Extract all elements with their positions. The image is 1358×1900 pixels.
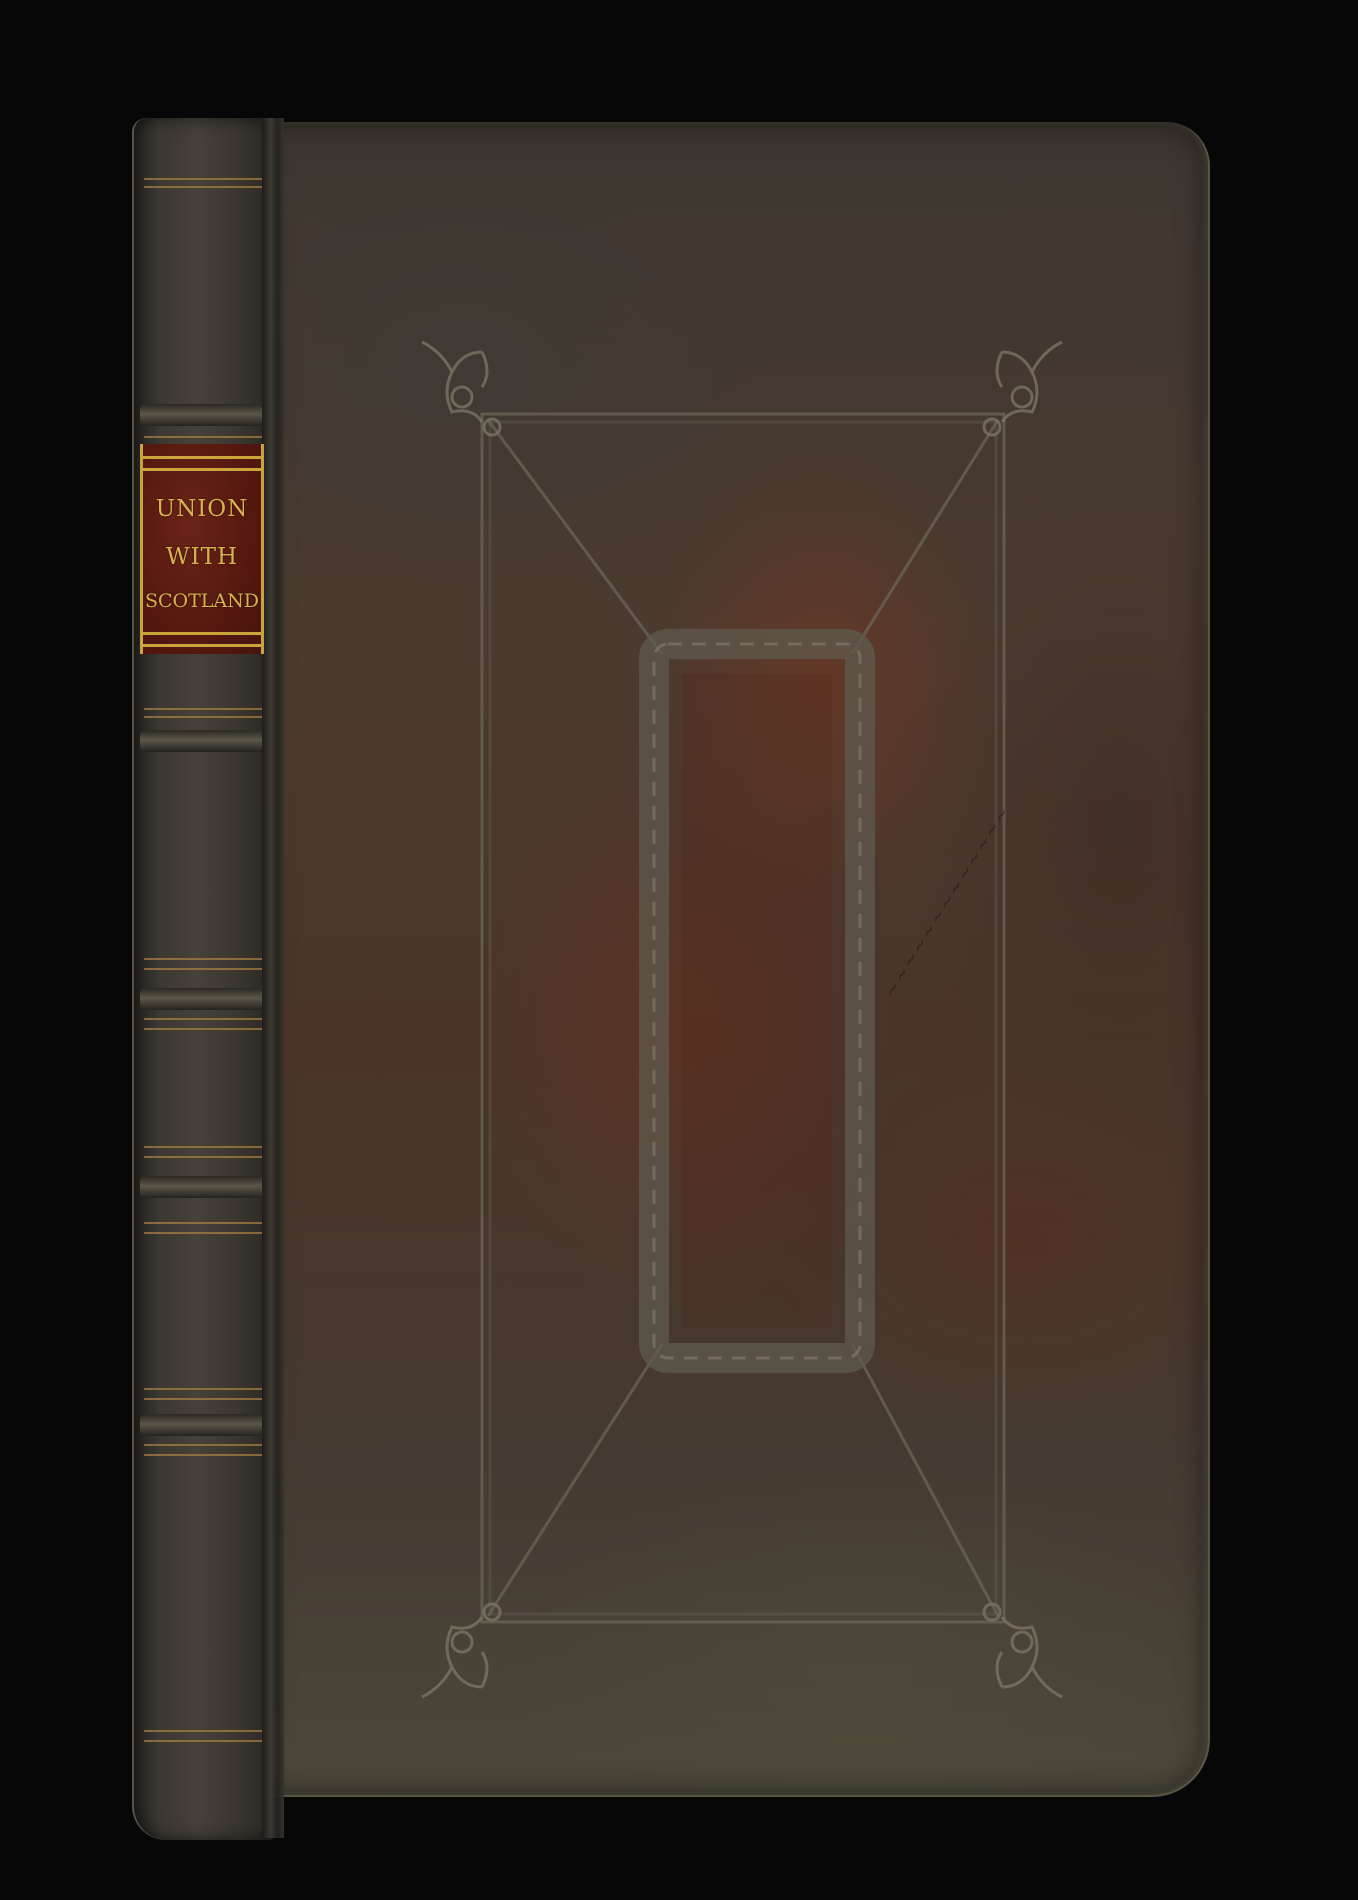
gilt-rule xyxy=(140,632,264,635)
spine-fillet xyxy=(144,1388,264,1390)
spine-fillet xyxy=(144,968,264,970)
spine-fillet xyxy=(144,1740,264,1742)
label-line-1: UNION xyxy=(143,496,261,522)
spine-fillet xyxy=(144,178,264,180)
spine-fillet xyxy=(144,1156,264,1158)
spine-fillet xyxy=(144,1444,264,1446)
raised-band xyxy=(140,1176,268,1198)
gilt-rule xyxy=(140,468,264,471)
floral-roll-border xyxy=(654,644,860,1358)
label-line-3: SCOTLAND xyxy=(143,590,261,612)
spine-fillet xyxy=(144,1018,264,1020)
spine-fillet xyxy=(144,186,264,188)
blind-tooled-panel xyxy=(262,122,1208,1795)
raised-band xyxy=(140,730,268,752)
book-photo: ~~~~~~~~~~~~~ UNION WITH SCOTLAND xyxy=(0,0,1358,1900)
raised-band xyxy=(140,404,268,426)
spine-fillet xyxy=(144,436,264,438)
spine-fillet xyxy=(144,1222,264,1224)
spine-fillet xyxy=(144,958,264,960)
gilt-rule xyxy=(140,456,264,459)
gilt-rule xyxy=(140,644,264,647)
spine-fillet xyxy=(144,1454,264,1456)
raised-band xyxy=(140,1414,268,1436)
spine-title-label: UNION WITH SCOTLAND xyxy=(140,444,264,654)
spine-fillet xyxy=(144,708,264,710)
spine-fillet xyxy=(144,1232,264,1234)
spine-fillet xyxy=(144,1730,264,1732)
label-line-2: WITH xyxy=(143,544,261,570)
spine-fillet xyxy=(144,1028,264,1030)
spine-fillet xyxy=(144,716,264,718)
book-spine xyxy=(132,118,274,1840)
spine-fillet xyxy=(144,1146,264,1148)
spine-fillet xyxy=(144,1398,264,1400)
raised-band xyxy=(140,988,268,1010)
